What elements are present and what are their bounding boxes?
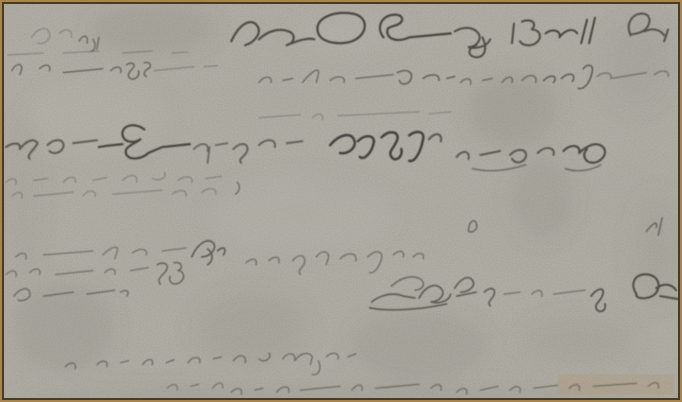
stain-blotch [511, 155, 574, 241]
stain-blotch [348, 310, 490, 381]
stain-blotch [518, 313, 637, 372]
picture-frame: Aged gray textured paper with faded ille… [0, 0, 682, 402]
stain-blotch [192, 290, 311, 368]
aged-paper-script-texture [4, 4, 678, 398]
frame-inner-border [2, 2, 680, 400]
stain-blotch [207, 176, 395, 254]
stain-blotch [6, 112, 42, 288]
stain-blotch [468, 73, 557, 147]
stain-blotch [12, 282, 115, 372]
image-caption: Aged gray textured paper with faded ille… [2, 400, 3, 401]
stain-blotch [599, 14, 674, 112]
stain-blotch [291, 10, 410, 53]
stain-blotch [88, 4, 216, 54]
